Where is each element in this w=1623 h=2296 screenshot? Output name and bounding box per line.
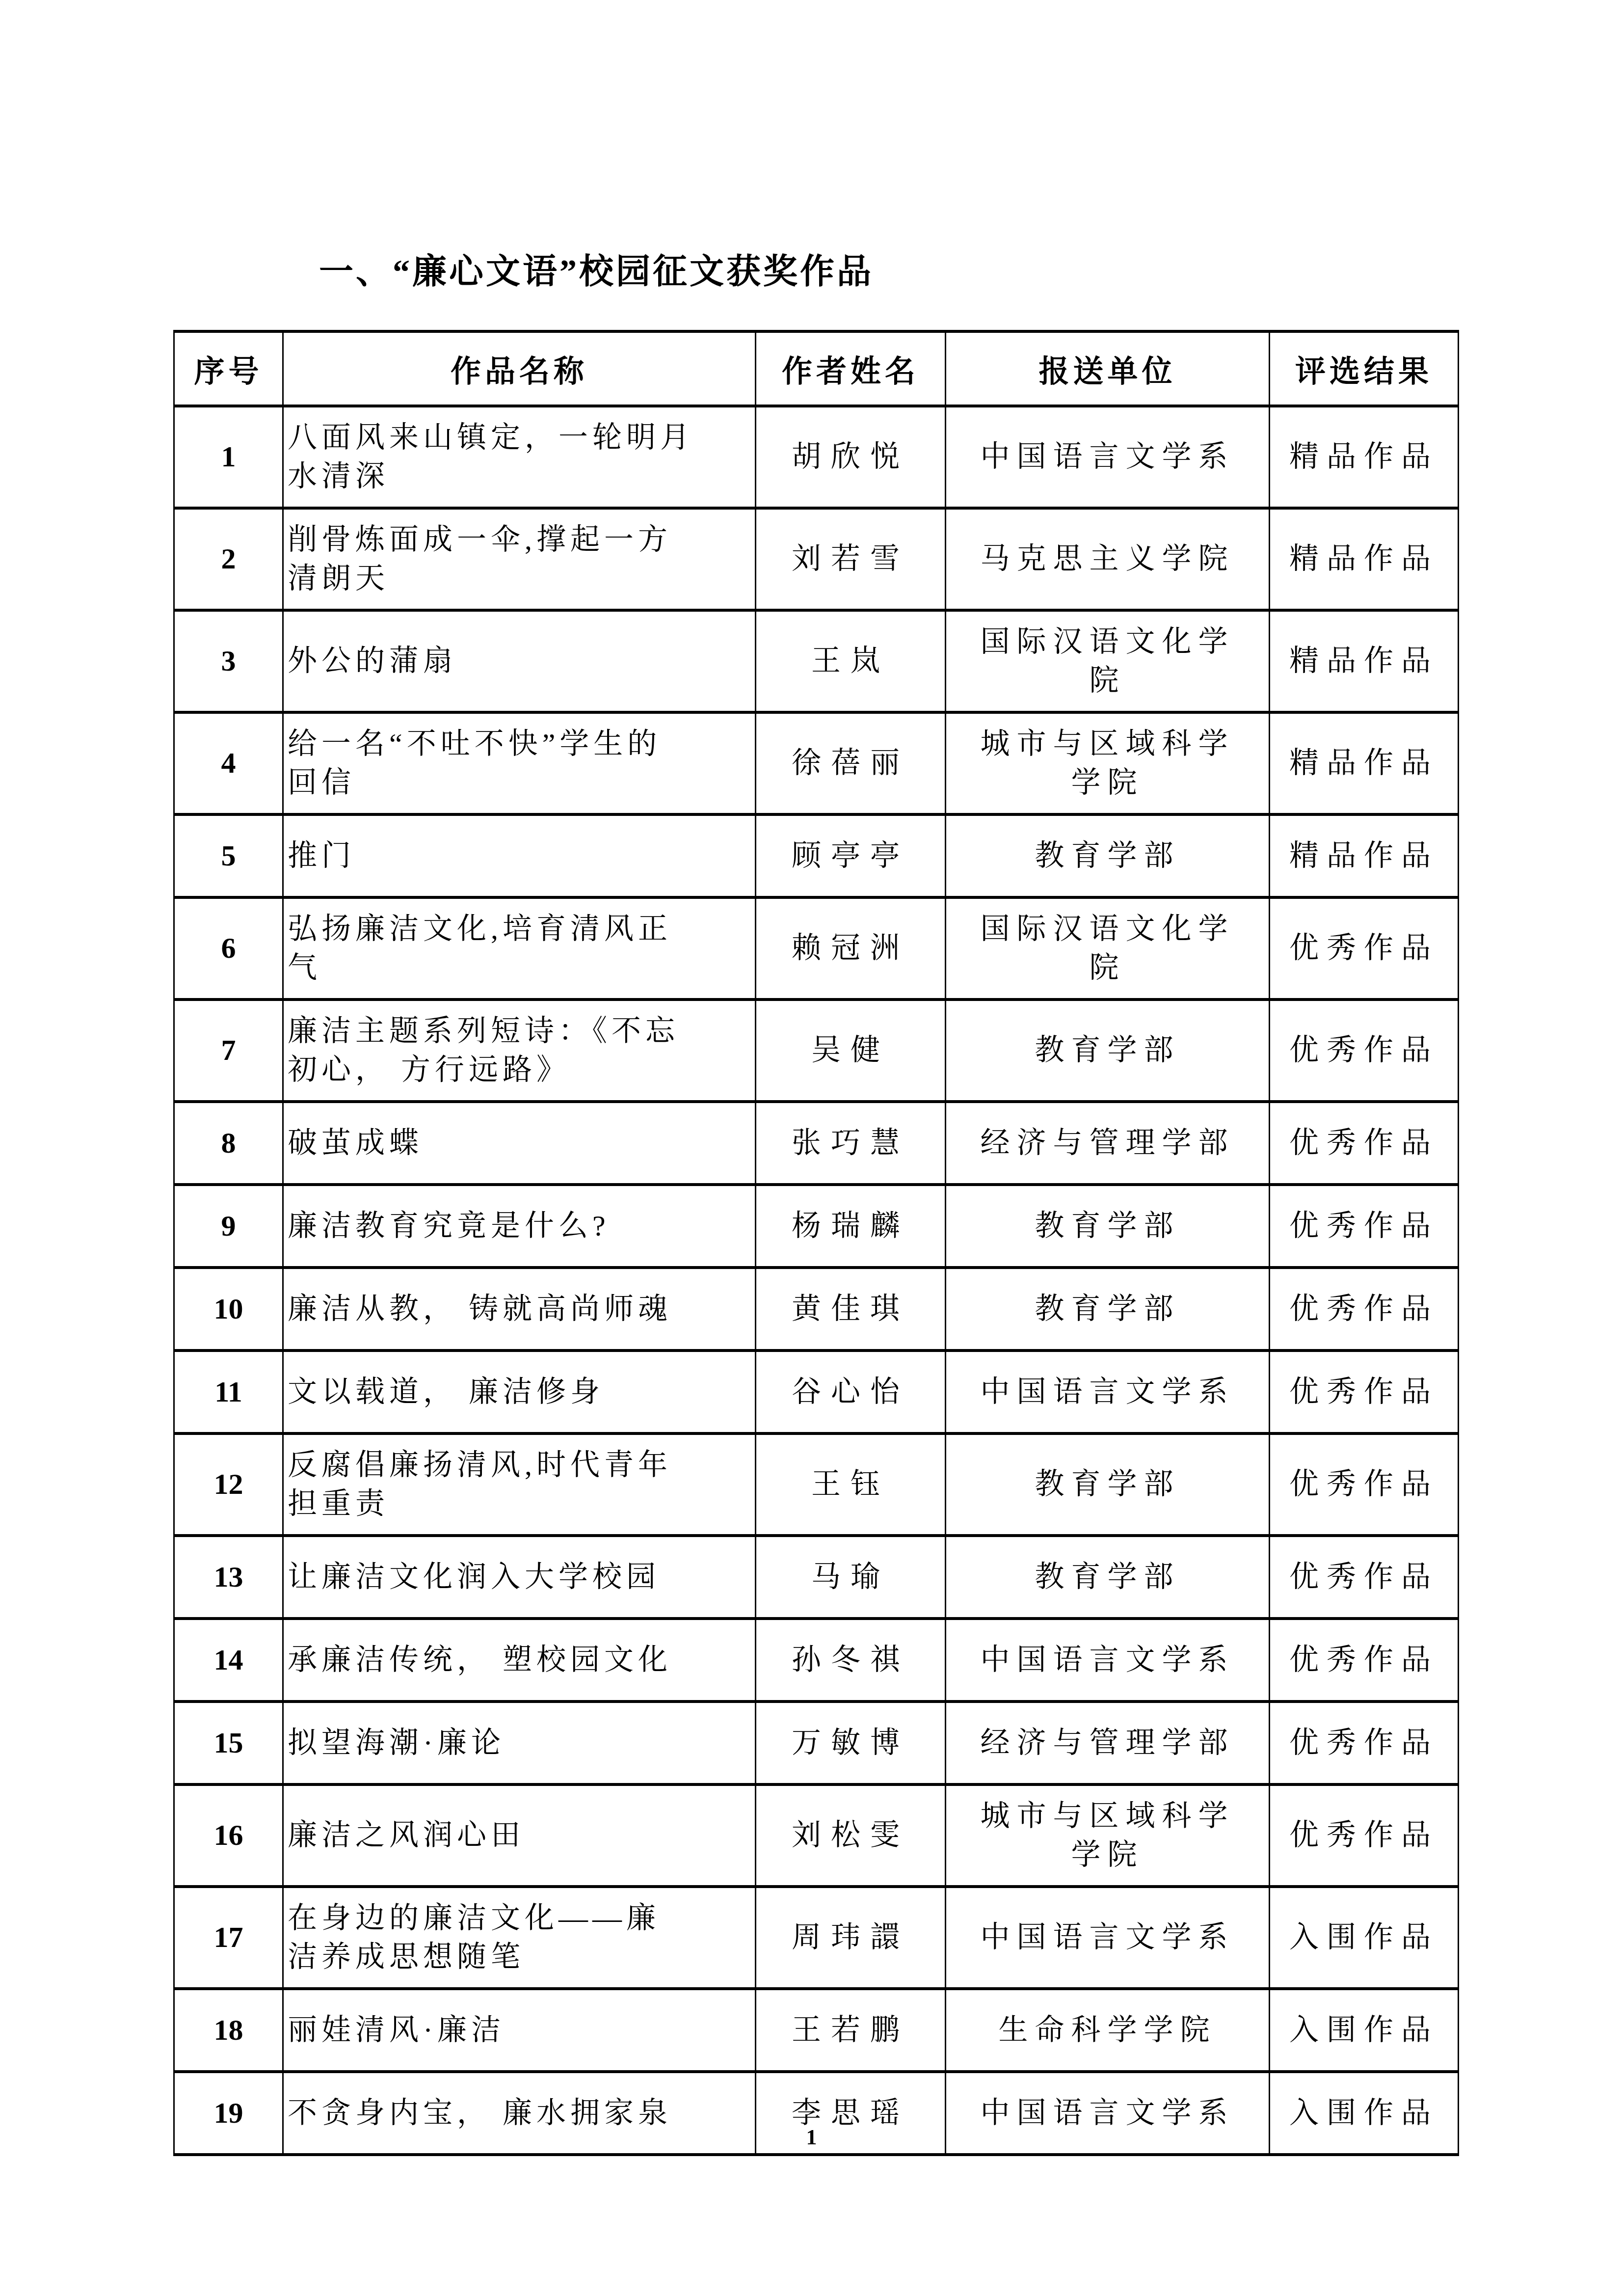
row-number-cell: 17 <box>174 1887 283 1989</box>
author-cell: 万敏博 <box>756 1702 946 1784</box>
author-cell: 赖冠洲 <box>756 897 946 999</box>
work-title-cell: 拟望海潮·廉论 <box>283 1702 756 1784</box>
unit-cell: 教育学部 <box>946 1433 1270 1536</box>
result-cell: 优秀作品 <box>1270 1619 1459 1702</box>
table-row: 12 反腐倡廉扬清风,时代青年 担重责 王钰 教育学部 优秀作品 <box>174 1433 1459 1536</box>
table-row: 4 给一名“不吐不快”学生的 回信 徐蓓丽 城市与区域科学 学院 精品作品 <box>174 712 1459 814</box>
unit-cell: 中国语言文学系 <box>946 1351 1270 1433</box>
row-number-cell: 11 <box>174 1351 283 1433</box>
unit-cell: 国际汉语文化学 院 <box>946 897 1270 999</box>
unit-cell: 城市与区域科学 学院 <box>946 1784 1270 1887</box>
work-title-cell: 文以载道， 廉洁修身 <box>283 1351 756 1433</box>
author-cell: 徐蓓丽 <box>756 712 946 814</box>
result-cell: 优秀作品 <box>1270 1268 1459 1351</box>
col-header-no: 序号 <box>174 331 283 406</box>
work-title-cell: 弘扬廉洁文化,培育清风正 气 <box>283 897 756 999</box>
row-number-cell: 10 <box>174 1268 283 1351</box>
table-row: 2 削骨炼面成一伞,撑起一方 清朗天 刘若雪 马克思主义学院 精品作品 <box>174 508 1459 610</box>
row-number-cell: 3 <box>174 610 283 712</box>
work-title-cell: 廉洁主题系列短诗：《不忘 初心， 方行远路》 <box>283 999 756 1102</box>
unit-cell: 经济与管理学部 <box>946 1702 1270 1784</box>
author-cell: 孙冬祺 <box>756 1619 946 1702</box>
work-title-cell: 削骨炼面成一伞,撑起一方 清朗天 <box>283 508 756 610</box>
table-row: 14 承廉洁传统， 塑校园文化 孙冬祺 中国语言文学系 优秀作品 <box>174 1619 1459 1702</box>
author-cell: 刘若雪 <box>756 508 946 610</box>
result-cell: 精品作品 <box>1270 712 1459 814</box>
table-row: 10 廉洁从教， 铸就高尚师魂 黄佳琪 教育学部 优秀作品 <box>174 1268 1459 1351</box>
author-cell: 王钰 <box>756 1433 946 1536</box>
result-cell: 精品作品 <box>1270 508 1459 610</box>
author-cell: 胡欣悦 <box>756 406 946 508</box>
result-cell: 优秀作品 <box>1270 1351 1459 1433</box>
author-cell: 王岚 <box>756 610 946 712</box>
unit-cell: 城市与区域科学 学院 <box>946 712 1270 814</box>
row-number-cell: 1 <box>174 406 283 508</box>
col-header-title: 作品名称 <box>283 331 756 406</box>
row-number-cell: 9 <box>174 1185 283 1268</box>
row-number-cell: 4 <box>174 712 283 814</box>
result-cell: 精品作品 <box>1270 610 1459 712</box>
document-page: 一、“廉心文语”校园征文获奖作品 序号 作品名称 作者姓名 报送单位 评选结果 … <box>0 0 1623 2296</box>
row-number-cell: 6 <box>174 897 283 999</box>
table-row: 8 破茧成蝶 张巧慧 经济与管理学部 优秀作品 <box>174 1102 1459 1185</box>
work-title-cell: 廉洁之风润心田 <box>283 1784 756 1887</box>
table-row: 17 在身边的廉洁文化——廉 洁养成思想随笔 周玮譞 中国语言文学系 入围作品 <box>174 1887 1459 1989</box>
row-number-cell: 14 <box>174 1619 283 1702</box>
col-header-unit: 报送单位 <box>946 331 1270 406</box>
result-cell: 优秀作品 <box>1270 1784 1459 1887</box>
work-title-cell: 八面风来山镇定，一轮明月 水清深 <box>283 406 756 508</box>
author-cell: 谷心怡 <box>756 1351 946 1433</box>
row-number-cell: 8 <box>174 1102 283 1185</box>
unit-cell: 中国语言文学系 <box>946 1887 1270 1989</box>
result-cell: 优秀作品 <box>1270 1433 1459 1536</box>
author-cell: 杨瑞麟 <box>756 1185 946 1268</box>
result-cell: 优秀作品 <box>1270 999 1459 1102</box>
page-number: 1 <box>0 2125 1623 2150</box>
author-cell: 吴健 <box>756 999 946 1102</box>
unit-cell: 教育学部 <box>946 1268 1270 1351</box>
unit-cell: 教育学部 <box>946 999 1270 1102</box>
author-cell: 黄佳琪 <box>756 1268 946 1351</box>
result-cell: 优秀作品 <box>1270 1102 1459 1185</box>
result-cell: 入围作品 <box>1270 1989 1459 2072</box>
work-title-cell: 让廉洁文化润入大学校园 <box>283 1536 756 1619</box>
table-row: 3 外公的蒲扇 王岚 国际汉语文化学 院 精品作品 <box>174 610 1459 712</box>
author-cell: 顾亭亭 <box>756 814 946 897</box>
unit-cell: 中国语言文学系 <box>946 406 1270 508</box>
table-row: 13 让廉洁文化润入大学校园 马瑜 教育学部 优秀作品 <box>174 1536 1459 1619</box>
table-row: 7 廉洁主题系列短诗：《不忘 初心， 方行远路》 吴健 教育学部 优秀作品 <box>174 999 1459 1102</box>
unit-cell: 教育学部 <box>946 1536 1270 1619</box>
work-title-cell: 给一名“不吐不快”学生的 回信 <box>283 712 756 814</box>
unit-cell: 教育学部 <box>946 814 1270 897</box>
author-cell: 周玮譞 <box>756 1887 946 1989</box>
table-row: 5 推门 顾亭亭 教育学部 精品作品 <box>174 814 1459 897</box>
result-cell: 精品作品 <box>1270 814 1459 897</box>
work-title-cell: 外公的蒲扇 <box>283 610 756 712</box>
table-row: 18 丽娃清风·廉洁 王若鹏 生命科学学院 入围作品 <box>174 1989 1459 2072</box>
table-row: 11 文以载道， 廉洁修身 谷心怡 中国语言文学系 优秀作品 <box>174 1351 1459 1433</box>
unit-cell: 马克思主义学院 <box>946 508 1270 610</box>
table-row: 15 拟望海潮·廉论 万敏博 经济与管理学部 优秀作品 <box>174 1702 1459 1784</box>
col-header-result: 评选结果 <box>1270 331 1459 406</box>
result-cell: 入围作品 <box>1270 1887 1459 1989</box>
work-title-cell: 在身边的廉洁文化——廉 洁养成思想随笔 <box>283 1887 756 1989</box>
table-row: 16 廉洁之风润心田 刘松雯 城市与区域科学 学院 优秀作品 <box>174 1784 1459 1887</box>
unit-cell: 教育学部 <box>946 1185 1270 1268</box>
unit-cell: 国际汉语文化学 院 <box>946 610 1270 712</box>
table-row: 6 弘扬廉洁文化,培育清风正 气 赖冠洲 国际汉语文化学 院 优秀作品 <box>174 897 1459 999</box>
row-number-cell: 12 <box>174 1433 283 1536</box>
author-cell: 张巧慧 <box>756 1102 946 1185</box>
result-cell: 优秀作品 <box>1270 1185 1459 1268</box>
work-title-cell: 廉洁从教， 铸就高尚师魂 <box>283 1268 756 1351</box>
work-title-cell: 承廉洁传统， 塑校园文化 <box>283 1619 756 1702</box>
work-title-cell: 反腐倡廉扬清风,时代青年 担重责 <box>283 1433 756 1536</box>
page-title: 一、“廉心文语”校园征文获奖作品 <box>319 244 874 294</box>
table-row: 1 八面风来山镇定，一轮明月 水清深 胡欣悦 中国语言文学系 精品作品 <box>174 406 1459 508</box>
unit-cell: 经济与管理学部 <box>946 1102 1270 1185</box>
row-number-cell: 13 <box>174 1536 283 1619</box>
work-title-cell: 推门 <box>283 814 756 897</box>
result-cell: 优秀作品 <box>1270 897 1459 999</box>
work-title-cell: 丽娃清风·廉洁 <box>283 1989 756 2072</box>
table-row: 9 廉洁教育究竟是什么? 杨瑞麟 教育学部 优秀作品 <box>174 1185 1459 1268</box>
row-number-cell: 18 <box>174 1989 283 2072</box>
result-cell: 优秀作品 <box>1270 1702 1459 1784</box>
table-header-row: 序号 作品名称 作者姓名 报送单位 评选结果 <box>174 331 1459 406</box>
row-number-cell: 7 <box>174 999 283 1102</box>
work-title-cell: 破茧成蝶 <box>283 1102 756 1185</box>
unit-cell: 生命科学学院 <box>946 1989 1270 2072</box>
row-number-cell: 15 <box>174 1702 283 1784</box>
result-cell: 优秀作品 <box>1270 1536 1459 1619</box>
author-cell: 马瑜 <box>756 1536 946 1619</box>
row-number-cell: 16 <box>174 1784 283 1887</box>
author-cell: 刘松雯 <box>756 1784 946 1887</box>
result-cell: 精品作品 <box>1270 406 1459 508</box>
col-header-author: 作者姓名 <box>756 331 946 406</box>
author-cell: 王若鹏 <box>756 1989 946 2072</box>
row-number-cell: 2 <box>174 508 283 610</box>
row-number-cell: 5 <box>174 814 283 897</box>
work-title-cell: 廉洁教育究竟是什么? <box>283 1185 756 1268</box>
unit-cell: 中国语言文学系 <box>946 1619 1270 1702</box>
awards-table: 序号 作品名称 作者姓名 报送单位 评选结果 1 八面风来山镇定，一轮明月 水清… <box>173 330 1459 2156</box>
